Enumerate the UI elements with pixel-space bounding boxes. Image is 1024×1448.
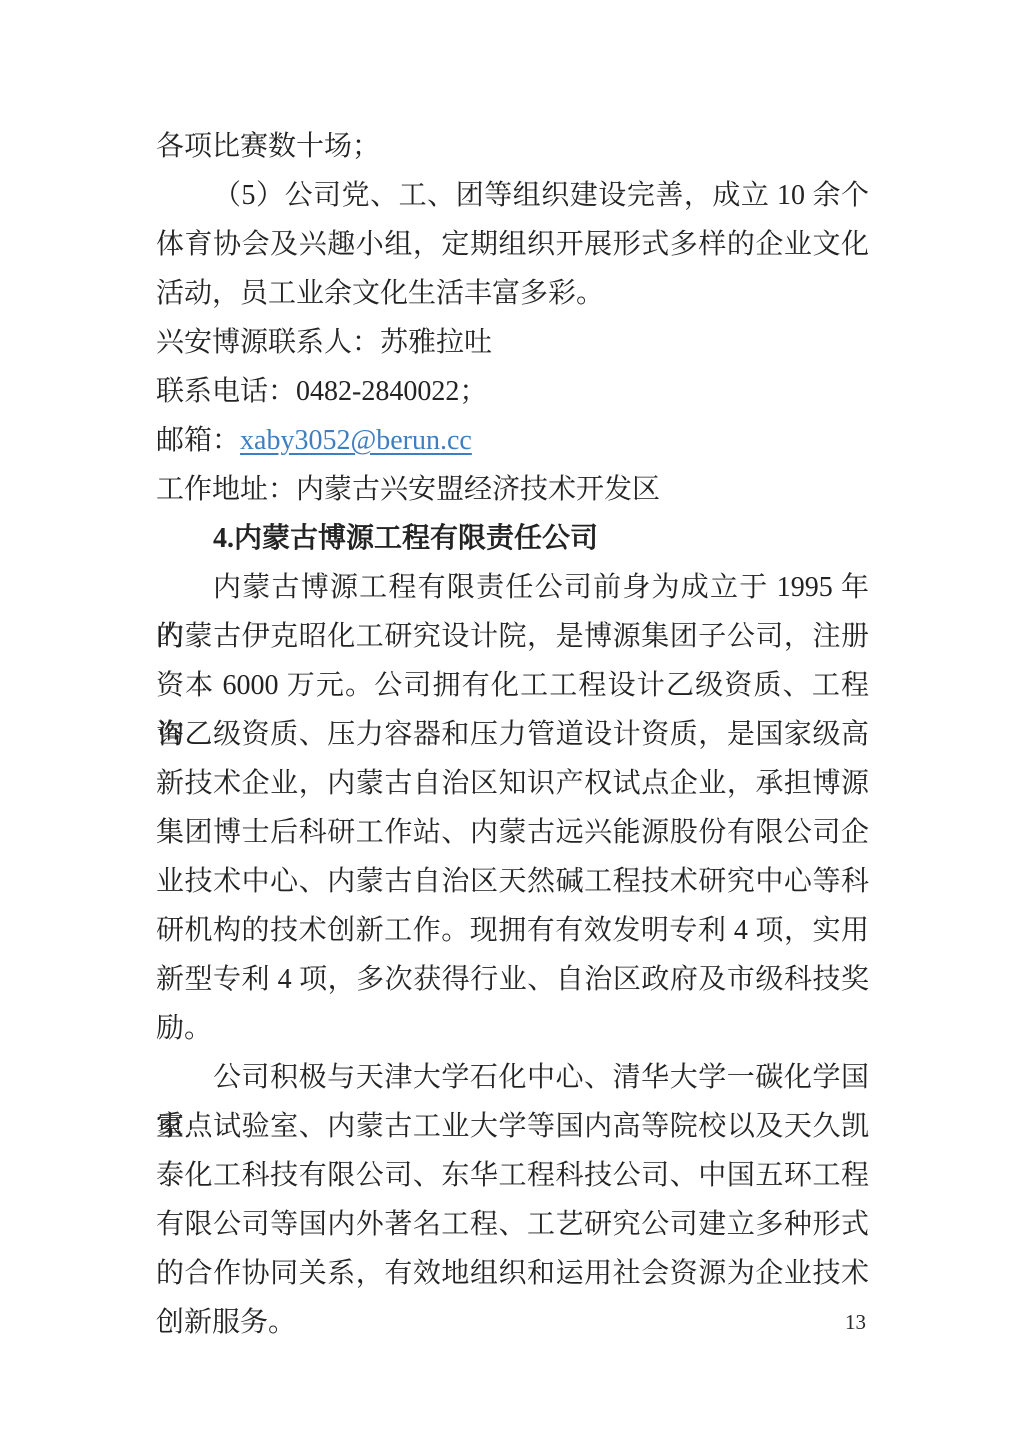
paragraph-line: 体育协会及兴趣小组，定期组织开展形式多样的企业文化: [156, 220, 869, 269]
page-content: 各项比赛数十场； （5）公司党、工、团等组织建设完善，成立 10 余个 体育协会…: [156, 122, 869, 1347]
paragraph-line: 创新服务。: [156, 1298, 869, 1347]
paragraph-line: 有限公司等国内外著名工程、工艺研究公司建立多种形式: [156, 1200, 869, 1249]
paragraph-line: 活动，员工业余文化生活丰富多彩。: [156, 269, 869, 318]
paragraph-line: 询乙级资质、压力容器和压力管道设计资质，是国家级高: [156, 710, 869, 759]
paragraph-line: 内蒙古博源工程有限责任公司前身为成立于 1995 年的: [156, 563, 869, 612]
paragraph-line: 各项比赛数十场；: [156, 122, 869, 171]
page-number: 13: [845, 1308, 866, 1336]
paragraph-line: （5）公司党、工、团等组织建设完善，成立 10 余个: [156, 171, 869, 220]
paragraph-line: 资本 6000 万元。公司拥有化工工程设计乙级资质、工程咨: [156, 661, 869, 710]
paragraph-line: 集团博士后科研工作站、内蒙古远兴能源股份有限公司企: [156, 808, 869, 857]
paragraph-line: 励。: [156, 1004, 869, 1053]
paragraph-line: 泰化工科技有限公司、东华工程科技公司、中国五环工程: [156, 1151, 869, 1200]
paragraph-line: 业技术中心、内蒙古自治区天然碱工程技术研究中心等科: [156, 857, 869, 906]
document-page: 各项比赛数十场； （5）公司党、工、团等组织建设完善，成立 10 余个 体育协会…: [0, 0, 1024, 1448]
paragraph-line: 内蒙古伊克昭化工研究设计院，是博源集团子公司，注册: [156, 612, 869, 661]
contact-email-line: 邮箱：xaby3052@berun.cc: [156, 416, 869, 465]
contact-phone-line: 联系电话：0482-2840022；: [156, 367, 869, 416]
paragraph-line: 新技术企业，内蒙古自治区知识产权试点企业，承担博源: [156, 759, 869, 808]
paragraph-line: 公司积极与天津大学石化中心、清华大学一碳化学国家: [156, 1053, 869, 1102]
paragraph-line: 重点试验室、内蒙古工业大学等国内高等院校以及天久凯: [156, 1102, 869, 1151]
email-label: 邮箱：: [156, 425, 240, 456]
section-heading: 4.内蒙古博源工程有限责任公司: [156, 514, 869, 563]
contact-person-line: 兴安博源联系人：苏雅拉吐: [156, 318, 869, 367]
paragraph-line: 研机构的技术创新工作。现拥有有效发明专利 4 项，实用: [156, 906, 869, 955]
paragraph-line: 新型专利 4 项，多次获得行业、自治区政府及市级科技奖: [156, 955, 869, 1004]
email-link[interactable]: xaby3052@berun.cc: [240, 425, 472, 456]
paragraph-line: 的合作协同关系，有效地组织和运用社会资源为企业技术: [156, 1249, 869, 1298]
contact-address-line: 工作地址：内蒙古兴安盟经济技术开发区: [156, 465, 869, 514]
